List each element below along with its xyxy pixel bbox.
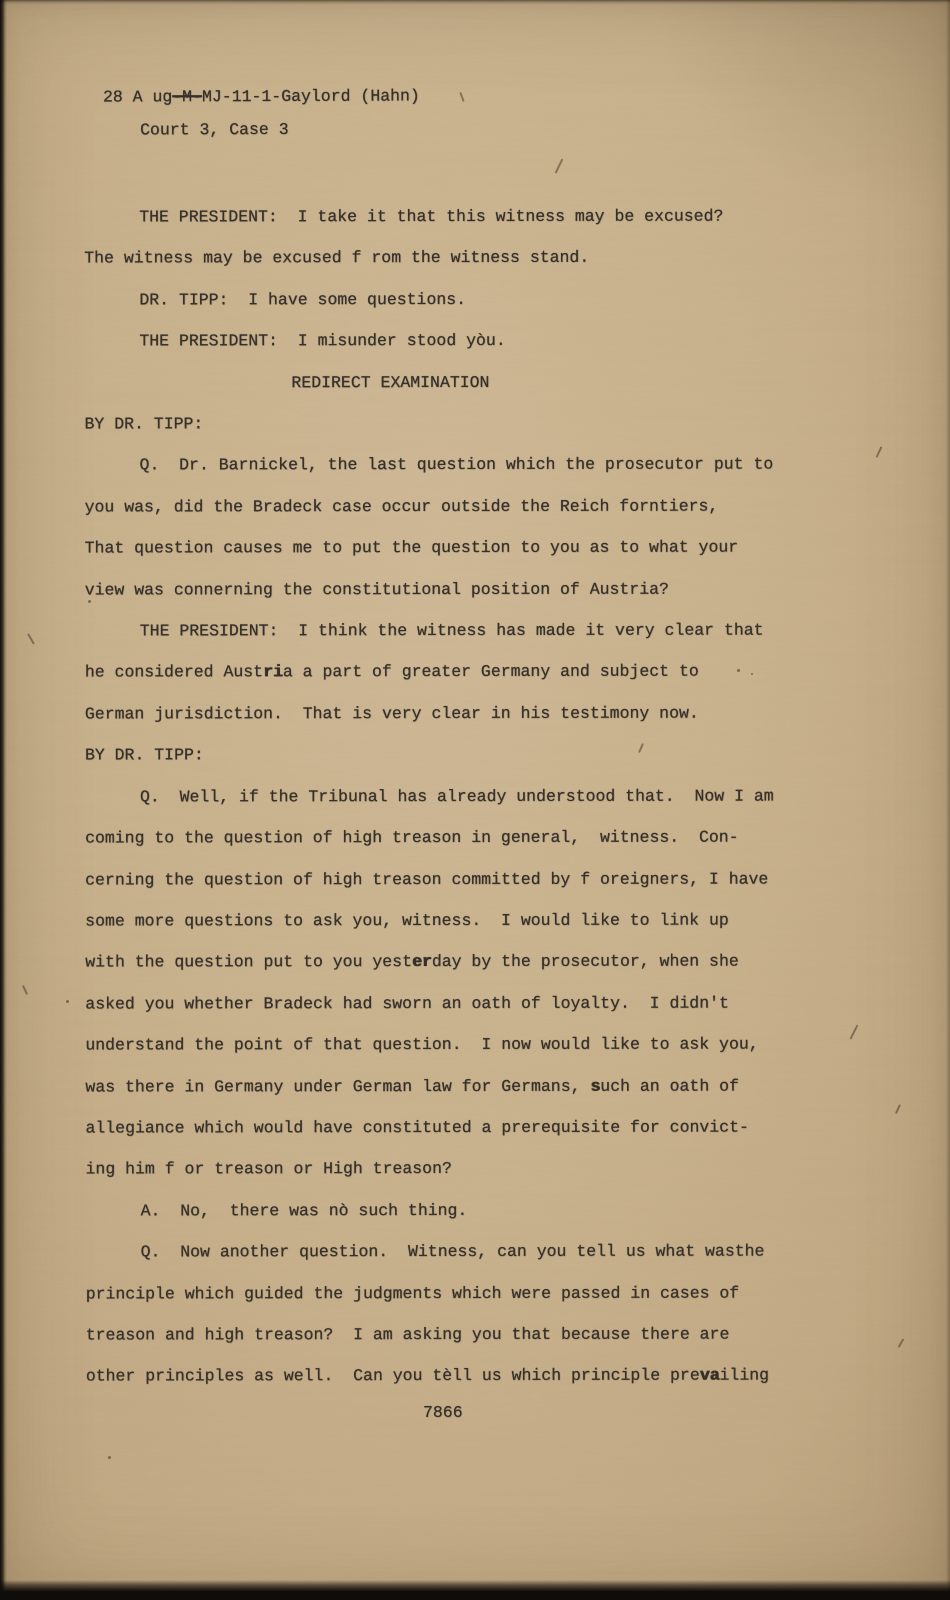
transcript-line: The witness may be excused f rom the wit… (84, 237, 804, 279)
scan-artifact-mark (22, 985, 28, 995)
typed-text: THE PRESIDENT: I misunder stood yòu. (139, 331, 505, 351)
scanned-transcript-page: 28 A ug-M-MJ-11-1-Gaylord (Hahn)Court 3,… (0, 0, 950, 1600)
typed-text: understand the point of that question. I… (85, 1035, 758, 1055)
transcript-line: That question causes me to put the quest… (85, 527, 805, 569)
transcript-line: THE PRESIDENT: I take it that this witne… (84, 195, 804, 237)
transcript-line: was there in Germany under German law fo… (85, 1065, 805, 1107)
scan-artifact-mark (27, 633, 34, 644)
transcript-line: Q. Now another question. Witness, can yo… (86, 1231, 806, 1273)
scan-artifact-mark (555, 158, 563, 173)
scan-edge-top (0, 0, 950, 5)
typed-text: some more questions to ask you, witness.… (85, 911, 729, 931)
transcript-line: REDIRECT EXAMINATION (84, 361, 804, 403)
typed-text: Q. Well, if the Tribunal has already und… (140, 786, 774, 806)
transcript-line: German jurisdiction. That is very clear … (85, 692, 805, 734)
transcript-line: BY DR. TIPP: (85, 734, 805, 776)
transcript-line: principle which guided the judgments whi… (86, 1272, 806, 1314)
transcript-line: cerning the question of high treason com… (85, 858, 805, 900)
typed-text: day by the prosecutor, when she (432, 952, 739, 971)
typed-text: principle which guided the judgments whi… (86, 1283, 740, 1303)
transcript-line: he considered Austria a part of greater … (85, 651, 805, 693)
transcript-line: THE PRESIDENT: I think the witness has m… (85, 610, 805, 652)
transcript-line: ing him f or treason or High treason? (85, 1148, 805, 1190)
scan-artifact-mark (898, 1338, 904, 1347)
scan-artifact-mark (849, 1025, 858, 1040)
typed-text: view was connerning the constitutional p… (85, 579, 669, 599)
overstrike-text: er (412, 952, 432, 971)
transcript-line: DR. TIPP: I have some questions. (84, 278, 804, 320)
typed-text: iling (720, 1366, 770, 1385)
page-header: 28 A ug-M-MJ-11-1-Gaylord (Hahn)Court 3,… (103, 79, 420, 146)
typed-text: THE PRESIDENT: I take it that this witne… (139, 207, 723, 227)
typed-text: ing him f or treason or High treason? (86, 1159, 452, 1179)
transcript-line: Q. Dr. Barnickel, the last question whic… (85, 444, 805, 486)
transcript-line: A. No, there was nò such thing. (86, 1189, 806, 1231)
page-number: 7866 (423, 1398, 463, 1428)
transcript-body: THE PRESIDENT: I take it that this witne… (84, 195, 806, 1397)
typed-text: 28 A ug (103, 87, 172, 106)
header-line: Court 3, Case 3 (103, 112, 420, 146)
typed-text: he considered Aust (85, 663, 263, 682)
typed-text: BY DR. TIPP: (85, 746, 204, 765)
typed-text: you was, did the Bradeck case occur outs… (85, 496, 719, 516)
typed-text: German jurisdiction. That is very clear … (85, 704, 699, 724)
overstrike-text: s (590, 1076, 600, 1095)
transcript-line: coming to the question of high treason i… (85, 817, 805, 859)
typed-text: cerning the question of high treason com… (85, 869, 768, 889)
typed-text: The witness may be excused f rom the wit… (84, 248, 589, 268)
scan-edge-left (0, 0, 7, 1600)
scan-artifact-dot (108, 1456, 111, 1459)
overstrike-text: va (700, 1366, 720, 1385)
transcript-line: Q. Well, if the Tribunal has already und… (85, 775, 805, 817)
transcript-line: you was, did the Bradeck case occur outs… (85, 485, 805, 527)
typed-text: asked you whether Bradeck had sworn an o… (85, 993, 729, 1013)
strike-text: -M- (172, 87, 202, 106)
typed-text: with the question put to you yest (85, 952, 412, 971)
scan-edge-bottom (0, 1580, 950, 1600)
typed-text: REDIRECT EXAMINATION (291, 373, 489, 392)
transcript-line: asked you whether Bradeck had sworn an o… (85, 982, 805, 1024)
scan-artifact-mark (876, 446, 883, 458)
typed-text: A. No, there was nò such thing. (141, 1201, 468, 1220)
scan-edge-right (946, 0, 950, 1600)
typed-text: Q. Now another question. Witness, can yo… (141, 1242, 765, 1262)
overstrike-text: ri (263, 663, 283, 682)
typed-text: other principles as well. Can you tèll u… (86, 1366, 700, 1386)
transcript-line: understand the point of that question. I… (85, 1024, 805, 1066)
typed-text: was there in Germany under German law fo… (85, 1076, 590, 1096)
typed-text: treason and high treason? I am asking yo… (86, 1325, 730, 1345)
typed-text: a a part of greater Germany and subject … (283, 662, 699, 682)
typed-text: Q. Dr. Barnickel, the last question whic… (140, 455, 774, 475)
scan-artifact-mark (459, 92, 464, 102)
typed-text: MJ-11-1-Gaylord (Hahn) (202, 86, 420, 106)
transcript-line: with the question put to you yesterday b… (85, 941, 805, 983)
transcript-line: view was connerning the constitutional p… (85, 568, 805, 610)
scan-shading (650, 0, 950, 220)
transcript-line: allegiance which would have constituted … (85, 1106, 805, 1148)
typed-text: DR. TIPP: I have some questions. (139, 290, 466, 309)
typed-text: allegiance which would have constituted … (85, 1118, 748, 1138)
scan-artifact-mark (895, 1104, 901, 1114)
typed-text: THE PRESIDENT: I think the witness has m… (140, 621, 764, 641)
transcript-line: treason and high treason? I am asking yo… (86, 1313, 806, 1355)
typed-text: uch an oath of (600, 1076, 739, 1095)
transcript-line: THE PRESIDENT: I misunder stood yòu. (84, 320, 804, 362)
typed-text: That question causes me to put the quest… (85, 538, 739, 558)
scan-artifact-dot (66, 1000, 69, 1003)
transcript-line: some more questions to ask you, witness.… (85, 899, 805, 941)
header-line: 28 A ug-M-MJ-11-1-Gaylord (Hahn) (103, 79, 420, 113)
transcript-line: other principles as well. Can you tèll u… (86, 1355, 806, 1397)
typed-text: Court 3, Case 3 (140, 120, 289, 140)
typed-text: coming to the question of high treason i… (85, 828, 739, 848)
typed-text: BY DR. TIPP: (84, 414, 203, 433)
transcript-line: BY DR. TIPP: (84, 403, 804, 445)
